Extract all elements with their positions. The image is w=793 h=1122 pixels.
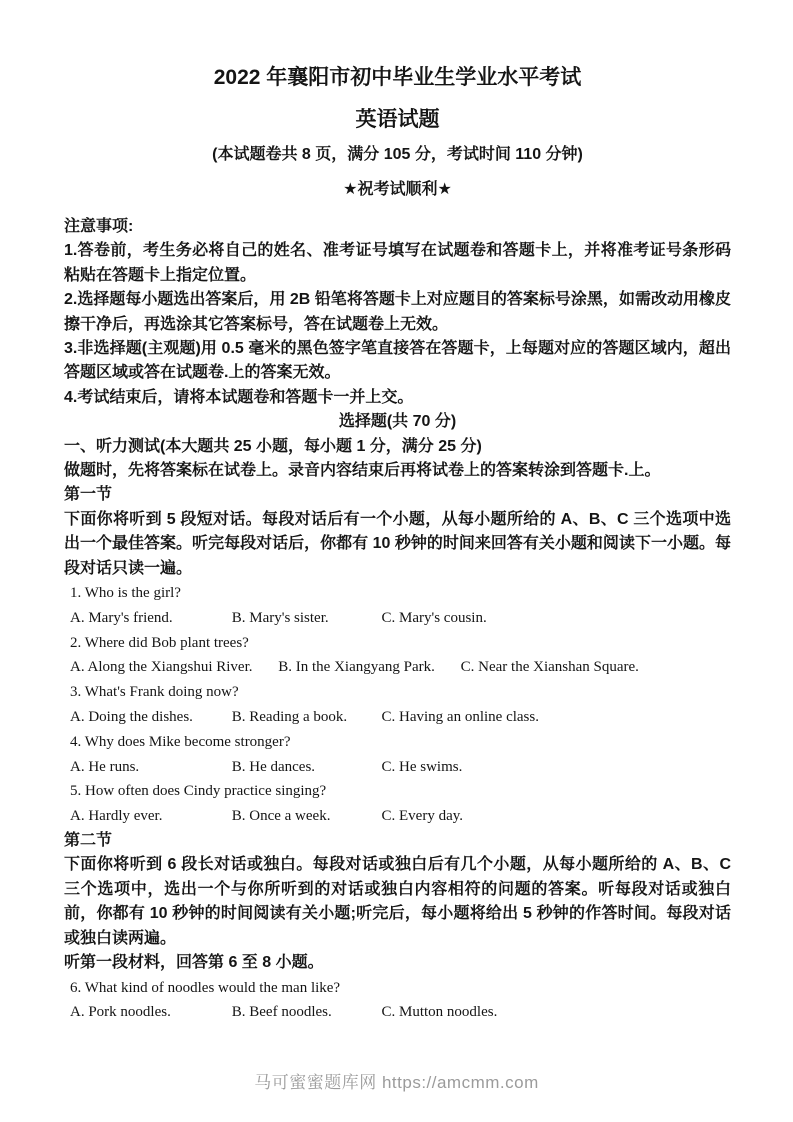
material-note: 听第一段材料，回答第 6 至 8 小题。 <box>64 951 731 975</box>
exam-paper-page: 2022 年襄阳市初中毕业生学业水平考试 英语试题 (本试题卷共 8 页，满分 … <box>0 0 793 1122</box>
option-a: A. Along the Xiangshui River. <box>70 655 275 680</box>
page-title: 2022 年襄阳市初中毕业生学业水平考试 <box>64 64 731 92</box>
question-text: 1. Who is the girl? <box>70 581 731 606</box>
question-options: A. Doing the dishes. B. Reading a book. … <box>70 705 731 730</box>
option-b: B. Mary's sister. <box>232 606 378 631</box>
question-options: A. Hardly ever. B. Once a week. C. Every… <box>70 804 731 829</box>
part2-instructions: 下面你将听到 6 段长对话或独白。每段对话或独白后有几个小题，从每小题所给的 A… <box>64 853 731 951</box>
notice-item-2: 2.选择题每小题选出答案后，用 2B 铅笔将答题卡上对应题目的答案标号涂黑，如需… <box>64 288 731 337</box>
question-options: A. Along the Xiangshui River. B. In the … <box>70 655 731 680</box>
option-b: B. Once a week. <box>232 804 378 829</box>
option-a: A. He runs. <box>70 755 228 780</box>
option-a: A. Mary's friend. <box>70 606 228 631</box>
part1-section: 第一节 下面你将听到 5 段短对话。每段对话后有一个小题，从每小题所给的 A、B… <box>64 483 731 829</box>
part1-title: 第一节 <box>64 483 731 507</box>
question-options: A. He runs. B. He dances. C. He swims. <box>70 755 731 780</box>
notice-item-1: 1.答卷前，考生务必将自己的姓名、准考证号填写在试题卷和答题卡上，并将准考证号条… <box>64 239 731 288</box>
question-4: 4. Why does Mike become stronger? A. He … <box>64 730 731 780</box>
option-c: C. He swims. <box>382 755 463 780</box>
question-2: 2. Where did Bob plant trees? A. Along t… <box>64 631 731 681</box>
notices-heading: 注意事项: <box>64 215 731 239</box>
option-a: A. Pork noodles. <box>70 1000 228 1025</box>
option-c: C. Near the Xianshan Square. <box>461 655 639 680</box>
option-b: B. In the Xiangyang Park. <box>278 655 457 680</box>
option-c: C. Mary's cousin. <box>382 606 487 631</box>
question-options: A. Mary's friend. B. Mary's sister. C. M… <box>70 606 731 631</box>
part1-instructions: 下面你将听到 5 段短对话。每段对话后有一个小题，从每小题所给的 A、B、C 三… <box>64 508 731 581</box>
paper-subtitle: 英语试题 <box>64 106 731 134</box>
question-5: 5. How often does Cindy practice singing… <box>64 779 731 829</box>
listening-note: 做题时，先将答案标在试卷上。录音内容结束后再将试卷上的答案转涂到答题卡.上。 <box>64 459 731 483</box>
option-c: C. Mutton noodles. <box>382 1000 498 1025</box>
notice-item-3: 3.非选择题(主观题)用 0.5 毫米的黑色签字笔直接答在答题卡，上每题对应的答… <box>64 337 731 386</box>
option-b: B. He dances. <box>232 755 378 780</box>
part2-section: 第二节 下面你将听到 6 段长对话或独白。每段对话或独白后有几个小题，从每小题所… <box>64 829 731 1025</box>
notices-section: 注意事项: 1.答卷前，考生务必将自己的姓名、准考证号填写在试题卷和答题卡上，并… <box>64 215 731 410</box>
option-b: B. Beef noodles. <box>232 1000 378 1025</box>
question-text: 2. Where did Bob plant trees? <box>70 631 731 656</box>
option-a: A. Hardly ever. <box>70 804 228 829</box>
question-options: A. Pork noodles. B. Beef noodles. C. Mut… <box>70 1000 731 1025</box>
footer-watermark: 马可蜜蜜题库网 https://amcmm.com <box>0 1068 793 1093</box>
listening-heading: 一、听力测试(本大题共 25 小题，每小题 1 分，满分 25 分) <box>64 435 731 459</box>
option-c: C. Having an online class. <box>382 705 539 730</box>
option-c: C. Every day. <box>382 804 464 829</box>
option-a: A. Doing the dishes. <box>70 705 228 730</box>
notice-item-4: 4.考试结束后，请将本试题卷和答题卡一并上交。 <box>64 386 731 410</box>
question-text: 6. What kind of noodles would the man li… <box>70 976 731 1001</box>
option-b: B. Reading a book. <box>232 705 378 730</box>
question-1: 1. Who is the girl? A. Mary's friend. B.… <box>64 581 731 631</box>
question-text: 5. How often does Cindy practice singing… <box>70 779 731 804</box>
question-text: 4. Why does Mike become stronger? <box>70 730 731 755</box>
exam-wish: ★祝考试顺利★ <box>64 179 731 201</box>
question-6: 6. What kind of noodles would the man li… <box>64 976 731 1026</box>
paper-meta: (本试题卷共 8 页，满分 105 分，考试时间 110 分钟) <box>64 144 731 166</box>
question-3: 3. What's Frank doing now? A. Doing the … <box>64 680 731 730</box>
question-text: 3. What's Frank doing now? <box>70 680 731 705</box>
part2-title: 第二节 <box>64 829 731 853</box>
choice-section-header: 选择题(共 70 分) <box>64 410 731 434</box>
